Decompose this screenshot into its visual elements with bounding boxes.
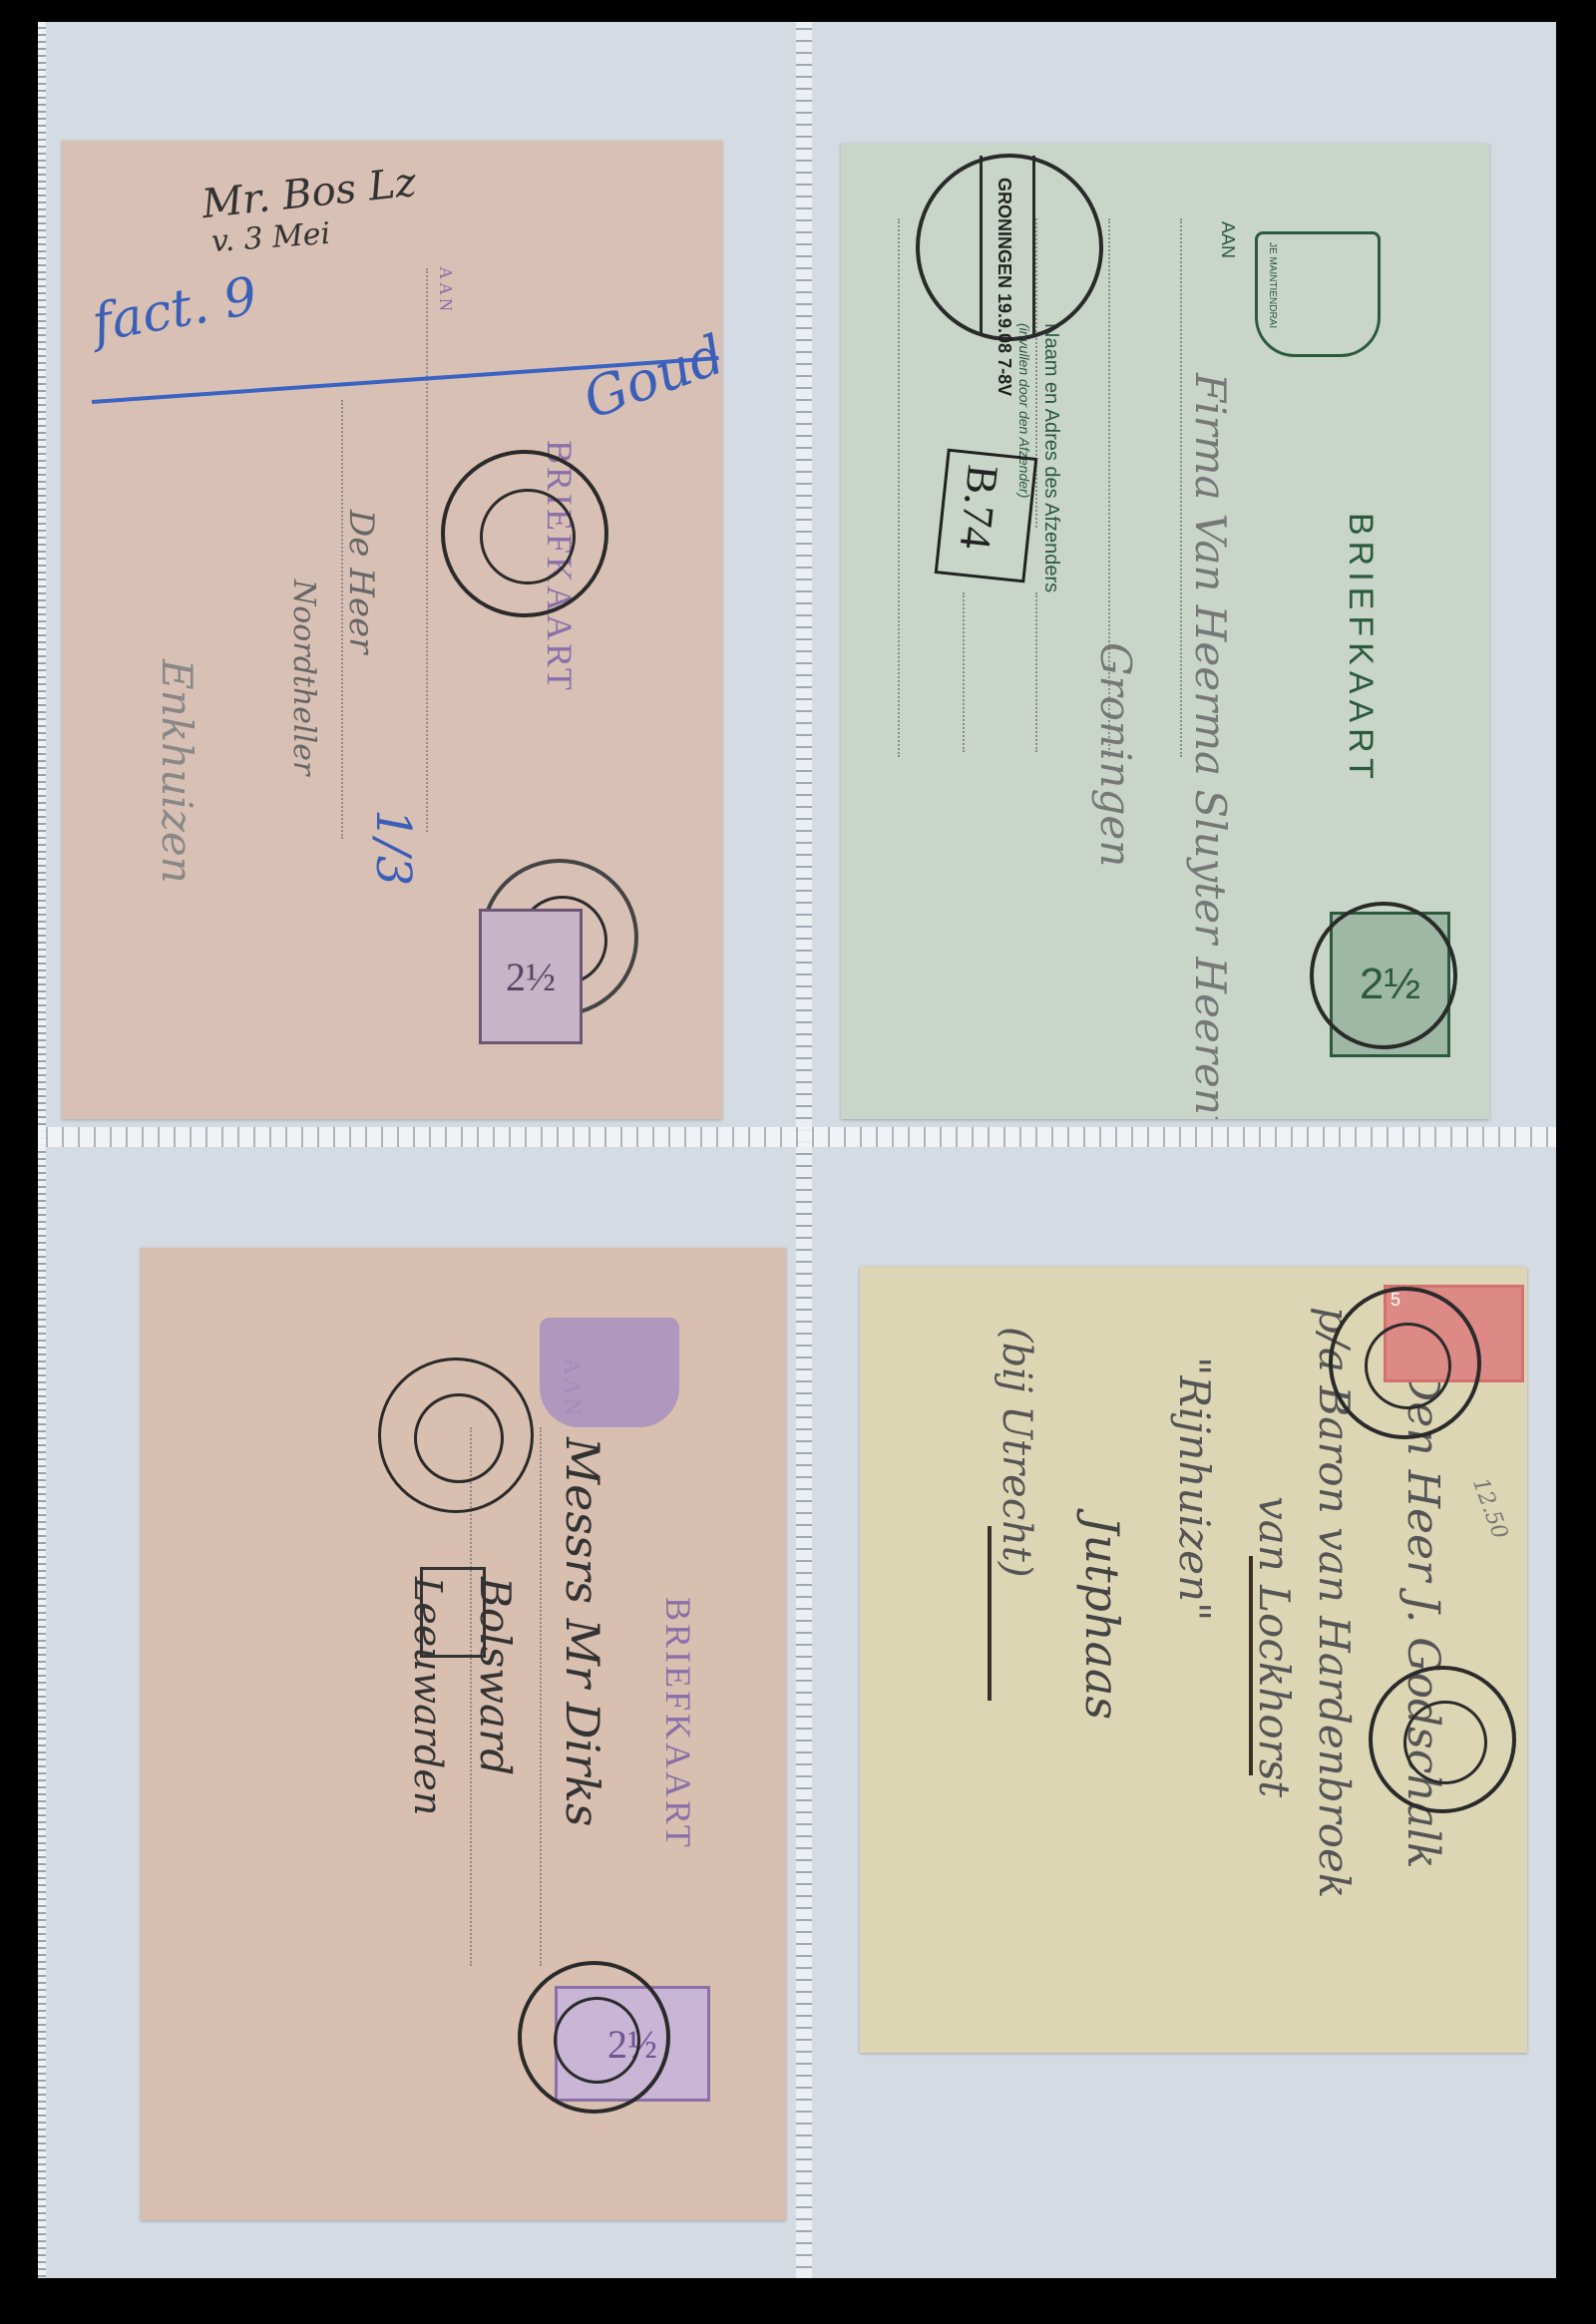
handwriting-address: Noordtheller (286, 580, 321, 775)
postmark (378, 1357, 534, 1513)
envelope-jutphaas[interactable]: Den Heer J. Godschalk p/a Baron van Hard… (860, 1267, 1527, 2053)
underline (988, 1526, 992, 1701)
address-label: AAN (435, 266, 456, 314)
handwriting-address: (bij Utrecht) (994, 1327, 1039, 1578)
handwriting-line: v. 3 Mei (210, 216, 331, 259)
address-label: AAN (1217, 221, 1238, 258)
handwriting-address: Messrs Mr Dirks (556, 1437, 609, 1827)
sleeve-left-edge (38, 22, 46, 2278)
handwriting-blue: 1/3 (365, 809, 421, 886)
address-line (1035, 592, 1037, 752)
box-cancel (420, 1567, 486, 1658)
handwriting-address: Jutphaas (1075, 1516, 1129, 1720)
sender-label: Naam en Adres des Afzenders (1039, 323, 1062, 592)
address-line (1180, 218, 1182, 757)
postmark (1329, 1287, 1481, 1439)
handwriting-address: De Heer (341, 510, 381, 653)
handwriting-blue: Gouda (576, 312, 722, 432)
sleeve-vertical-divider (796, 22, 812, 2278)
card-title: BRIEFKAART (657, 1597, 699, 1850)
handwriting-address: Firma Van Heerma Sluyter Heerenv.. (1186, 373, 1235, 1119)
handwriting-address: "Rijnhuizen" (1170, 1356, 1219, 1621)
handwriting-address: Enkhuizen (153, 659, 201, 884)
handwriting-address: van Lockhorst (1250, 1496, 1299, 1797)
handwriting-blue: fact. 9 (88, 266, 261, 354)
address-line (963, 592, 965, 752)
postmark-groningen: GRONINGEN 19.9.08 7-8V (916, 154, 1103, 341)
coat-of-arms-icon: JE MAINTIENDRAI (1255, 231, 1381, 357)
pencil-note: 12.50 (1467, 1475, 1512, 1543)
card-title: BRIEFKAART (1341, 513, 1380, 785)
sleeve-horizontal-divider (38, 1127, 1556, 1147)
postmark (1369, 1666, 1516, 1813)
box-cancel: B.74 (935, 449, 1038, 583)
handwriting-address: Groningen (1091, 642, 1140, 867)
postmark-enkhuizen (441, 450, 608, 617)
address-line (898, 218, 900, 757)
postmark (1310, 902, 1457, 1049)
underline (1249, 1556, 1253, 1775)
stamp: 2½ (479, 909, 583, 1044)
address-line (426, 268, 428, 832)
postmark-zutphen (518, 1961, 670, 2114)
postcard-groningen[interactable]: BRIEFKAART AAN Naam en Adres des Afzende… (841, 144, 1489, 1119)
coat-of-arms-icon (540, 1318, 679, 1427)
postcard-enkhuizen[interactable]: BRIEFKAART AAN Mr. Bos Lz v. 3 Mei fact.… (62, 141, 722, 1119)
postcard-zutphen[interactable]: BRIEFKAART AAN Messrs Mr Dirks Bolsward … (141, 1248, 786, 2220)
address-line (540, 1427, 542, 1966)
